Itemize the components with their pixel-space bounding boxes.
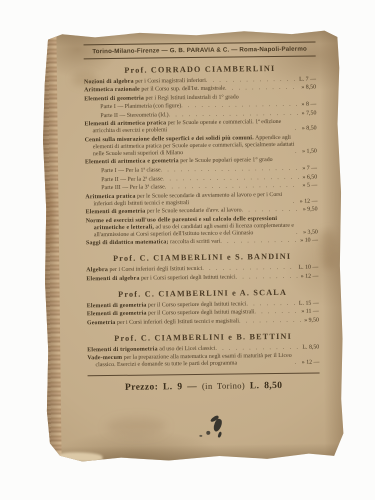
price-turin: L. 8,50 [250,381,283,391]
entry-text: Aritmetica razionale per il Corso sup. d… [84,86,225,95]
entry-price: » 9,50 [304,317,319,324]
dot-leader: . . . . . . . . . . . . . . . . . . . . … [242,207,300,215]
entry-text: Elementi di trigonometria ad uso dei Lic… [87,345,215,353]
entry-text: Elementi di geometria per i Regi Istitut… [84,94,239,103]
section-items: Elementi di geometria per il Corso super… [87,300,319,327]
footer-divider [88,373,320,377]
book-back-cover: Torino-Milano-Firenze — G. B. PARAVIA & … [41,29,344,463]
entry-title: Elementi di aritmetica e geometria [85,159,179,166]
entry-description: per i Regi Istituti industriali di 1° gr… [144,94,239,101]
entry-description: raccolta di scritti vari [169,239,221,246]
entry-price: » 11 — [301,309,319,316]
entry-text: Norme ed esercizi sull'uso delle parente… [86,216,297,239]
entry-title: Elementi di geometria [84,95,144,102]
entry-price: » 8,50 [301,85,316,92]
entry-price: » 3,50 [303,229,318,236]
part-label: Parte III — Per la 3ª classe [101,184,165,192]
entry-text: Aritmetica pratica per le Scuole seconda… [85,192,292,208]
ink-blot-stain [196,417,232,443]
entry-text: Geometria per i Corsi inferiori degli Is… [87,318,239,327]
entry-description: per i Corsi inferiori degli Istituti tec… [116,318,240,326]
entry-description: per il Corso superiore degli Istituti te… [147,301,247,308]
entry-price: » 12 — [301,273,319,280]
entry-title: Elementi di geometria [86,209,146,216]
section-items: Elementi di trigonometria ad uso dei Lic… [87,344,319,369]
part-price: » 5 — [303,183,318,190]
entry-text: Nozioni di algebra per i Corsi magistral… [84,77,206,85]
entry-price: L. 15 — [299,300,319,307]
entry-price: » 10 — [300,238,318,245]
entry-price: » 12 — [302,360,320,367]
entry-title: Aritmetica pratica [85,193,135,200]
section-items: Nozioni di algebra per i Corsi magistral… [84,76,318,247]
dot-leader: . . . . . . . . . . . . . . . . . . . . … [296,229,300,236]
foxing-stain [106,417,166,436]
dot-leader: . . . . . . . . . . . . . . . . . . . . … [215,344,299,352]
catalog-page-content: Torino-Milano-Firenze — G. B. PARAVIA & … [84,41,320,393]
price-value: L. 9 — [163,382,197,392]
dot-leader: . . . . . . . . . . . . . . . . . . . . … [295,360,299,367]
dot-leader: . . . . . . . . . . . . . . . . . . . . … [254,309,298,316]
entry-text: Elementi di geometria per il Corso super… [87,301,247,310]
book-entry: Elementi di algebra per i Corsi superior… [86,273,318,283]
entry-text: Vade-mecum per la preparazione alla mate… [87,353,294,369]
entry-description: per i Corsi magistrali inferiori [134,77,206,84]
section-heading: Prof. C. CIAMBERLINI e B. BETTINI [87,331,319,343]
book-entry: Saggi di didattica matematica; raccolta … [86,238,318,248]
worn-corner-chip [56,451,102,462]
dot-leader: . . . . . . . . . . . . . . . . . . . . … [295,148,299,155]
book-entry: Aritmetica pratica per le Scuole seconda… [85,191,317,208]
book-entry: Elementi di aritmetica pratica per le Sc… [84,119,316,136]
entry-price: » 1,50 [302,148,317,155]
part-price: » 6,50 [302,174,317,181]
part-price: » 8 — [302,102,317,109]
entry-text: Algebra per i Corsi inferiori degli Isti… [86,266,202,274]
price-note: (in Torino) [202,381,245,392]
entry-title: Elementi di aritmetica pratica [84,121,166,128]
dot-leader: . . . . . . . . . . . . . . . . . . . . … [181,102,298,110]
dot-leader: . . . . . . . . . . . . . . . . . . . . … [225,85,298,93]
page-stack-edge [41,33,61,463]
book-entry: Norme ed esercizi sull'uso delle parente… [86,215,318,239]
ink-blot-shape [206,431,210,435]
entry-text: Cenni sulla misurazione delle superfici … [85,135,296,158]
dot-leader: . . . . . . . . . . . . . . . . . . . . … [161,166,300,175]
photo-background: Torino-Milano-Firenze — G. B. PARAVIA & … [0,0,375,500]
entry-text: Elementi di geometria per il Corso super… [87,310,255,319]
ink-blot-shape [217,431,222,438]
entry-title: Vade-mecum [87,355,122,361]
entry-text: Elementi di aritmetica pratica per le Sc… [84,119,294,135]
section-heading: Prof. CORRADO CIAMBERLINI [84,63,316,75]
publisher-line: Torino-Milano-Firenze — G. B. PARAVIA & … [92,45,307,55]
part-label: Parte II — Per la 2ª classe [101,176,163,184]
catalog-section: Prof. C. CIAMBERLINI e A. SCALA Elementi… [87,287,319,327]
book-entry: Geometria per i Corsi inferiori degli Is… [87,317,319,327]
entry-text: Elementi di aritmetica e geometria per l… [85,157,273,166]
entry-text: Elementi di geometria per le Scuole seco… [86,208,242,217]
entry-description: per i Corsi inferiori degli Istituti tec… [108,266,202,273]
entry-price: » 9,50 [303,207,318,214]
entry-description: per il Corso superiore degli Istituti ma… [147,310,255,317]
entry-price: L. 7 — [299,76,316,83]
entry-description: per i Corsi superiori degli Istituti tec… [140,274,236,281]
dot-leader: . . . . . . . . . . . . . . . . . . . . … [295,126,299,133]
catalog-section: Prof. CORRADO CIAMBERLINI Nozioni di alg… [84,63,318,247]
price-label: Prezzo: [125,383,158,393]
book-entry: Cenni sulla misurazione delle superfici … [85,134,317,158]
page-right-shading [319,29,344,459]
ink-blot-shape [199,435,202,437]
section-heading: Prof. C. CIAMBERLINI e S. BANDINI [86,252,318,264]
part-label: Parte II — Stereometria (Id.) [100,112,168,120]
entry-text: Saggi di didattica matematica; raccolta … [86,239,220,248]
dot-leader: . . . . . . . . . . . . . . . . . . . . … [236,273,298,281]
entry-price: L. 8,50 [302,344,319,351]
entry-text: Elementi di algebra per i Corsi superior… [86,274,235,283]
dot-leader: . . . . . . . . . . . . . . . . . . . . … [246,300,295,307]
entry-title: Aritmetica razionale [84,87,140,94]
entry-title: Geometria [87,320,116,326]
entry-title: Elementi di trigonometria [87,346,158,353]
entry-title: Elementi di algebra [86,275,139,282]
entry-title: Elementi di geometria [87,311,147,318]
dot-leader: . . . . . . . . . . . . . . . . . . . . … [220,238,297,246]
part-price: » 7,50 [302,110,317,117]
entry-title: Nozioni di algebra [84,78,134,85]
entry-title: Saggi di didattica matematica; [86,240,169,247]
entry-description: per la preparazione alla matematica negl… [95,353,291,368]
section-items: Algebra per i Corsi inferiori degli Isti… [86,265,318,283]
dot-leader: . . . . . . . . . . . . . . . . . . . . … [202,265,295,273]
entry-title: Algebra [86,267,108,273]
entry-price: » 8,50 [302,126,317,133]
entry-price: » 12 — [300,198,318,205]
dot-leader: . . . . . . . . . . . . . . . . . . . . … [293,198,297,205]
dot-leader: . . . . . . . . . . . . . . . . . . . . … [163,174,300,183]
catalog-section: Prof. C. CIAMBERLINI e B. BETTINI Elemen… [87,331,319,369]
catalog-section: Prof. C. CIAMBERLINI e S. BANDINI Algebr… [86,252,318,283]
book-entry: Vade-mecum per la preparazione alla mate… [87,353,319,370]
part-price: » 7 — [302,165,317,172]
dot-leader: . . . . . . . . . . . . . . . . . . . . … [169,111,299,119]
price-footer: Prezzo: L. 9 — (in Torino) L. 8,50 [88,380,320,394]
section-heading: Prof. C. CIAMBERLINI e A. SCALA [87,287,319,299]
entry-description: per il Corso sup. dell'Ist. magistrale [140,86,225,93]
entry-title: Elementi di geometria [87,302,147,309]
entry-price: L. 10 — [298,265,318,272]
entry-description: per le Scuole popolari operaie 1° grado [179,157,273,164]
entry-description: per le Scuole secondarie d'avv. al lavor… [145,208,241,215]
catalog: Prof. CORRADO CIAMBERLINI Nozioni di alg… [84,63,320,369]
dot-leader: . . . . . . . . . . . . . . . . . . . . … [165,183,300,192]
part-label: Parte I — Planimetria (con figure) [100,103,181,111]
publisher-band: Torino-Milano-Firenze — G. B. PARAVIA & … [84,41,316,58]
dot-leader: . . . . . . . . . . . . . . . . . . . . … [239,318,301,326]
entry-description: ad uso dei Licei classici [158,345,216,352]
part-label: Parte I — Per la 1ª classe [101,167,161,175]
dot-leader: . . . . . . . . . . . . . . . . . . . . … [206,76,296,84]
